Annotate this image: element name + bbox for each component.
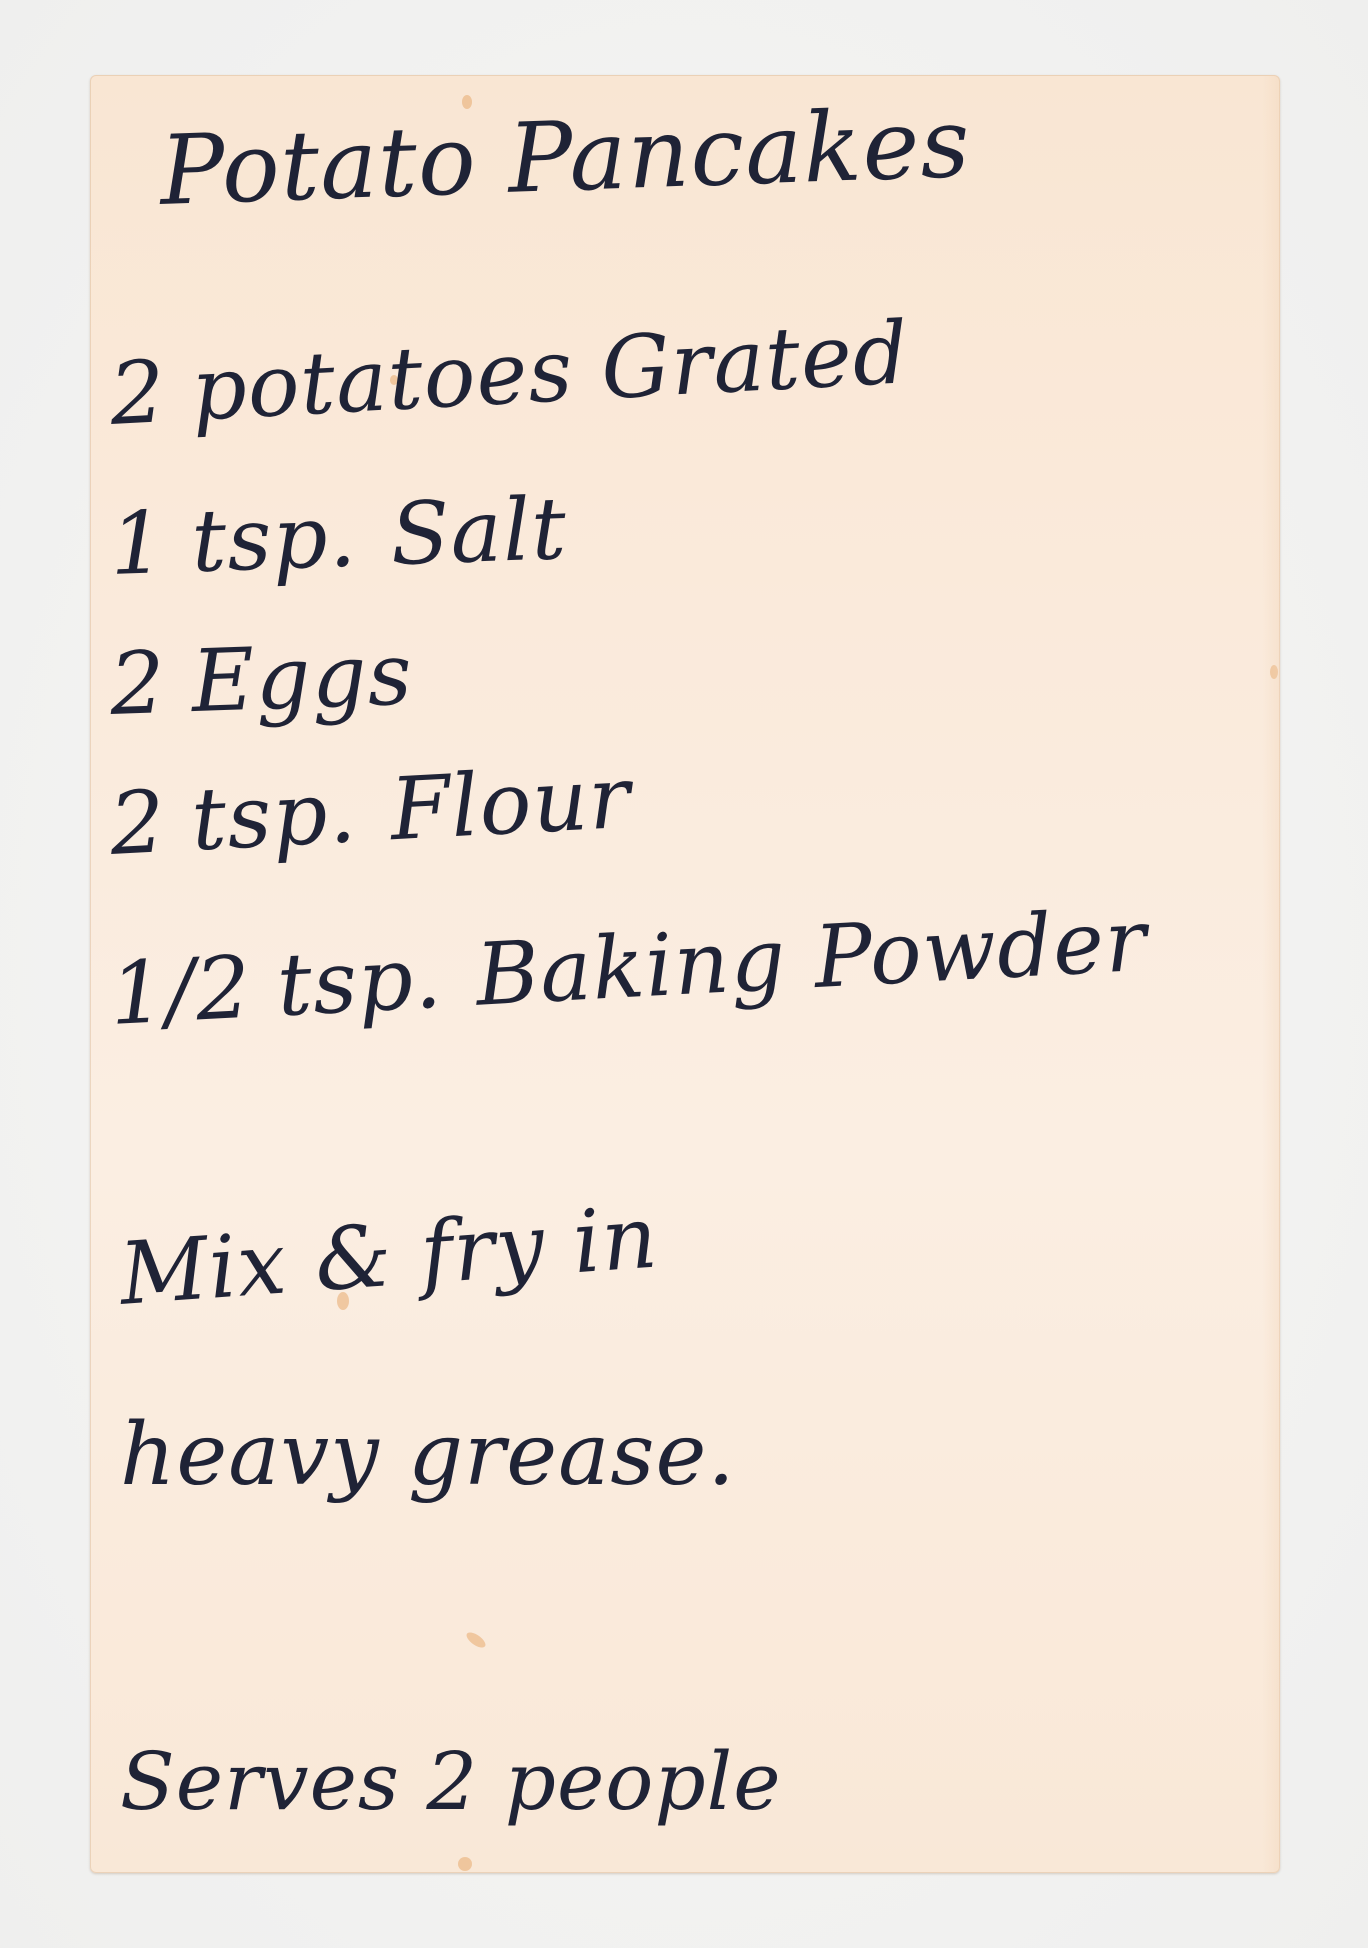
ingredient-line: 2Eggs (108, 624, 414, 735)
ingredient-qty: 2 (108, 633, 167, 735)
instruction-line: Mix & fry in (117, 1188, 662, 1325)
stain-spot (1270, 665, 1278, 679)
serves-line: Serves 2 people (120, 1735, 782, 1828)
ingredient-qty: 1 (108, 493, 167, 595)
recipe-title: Potato Pancakes (158, 87, 972, 227)
ingredient-line: 2tsp.Flour (107, 748, 633, 875)
instruction-line: heavy grease. (120, 1405, 736, 1505)
ingredient-qty: 2 (107, 772, 168, 875)
stain-spot (458, 1857, 472, 1871)
ingredient-unit: tsp. (275, 928, 445, 1037)
ingredient-item: potatoes Grated (189, 303, 911, 440)
ingredient-line: 2potatoes Grated (107, 303, 911, 445)
ingredient-unit: tsp. (190, 486, 358, 592)
ingredient-line: 1/2tsp.Baking Powder (107, 891, 1149, 1045)
recipe-card: Potato Pancakes 2potatoes Grated 1tsp.Sa… (90, 75, 1280, 1873)
stain-spot (464, 1630, 488, 1651)
ingredient-item: Baking Powder (473, 891, 1149, 1026)
ingredient-item: Flour (388, 748, 633, 860)
ingredient-item: Eggs (190, 624, 414, 732)
ingredient-item: Salt (389, 479, 569, 585)
ingredient-line: 1tsp.Salt (108, 479, 568, 595)
ingredient-unit: tsp. (189, 762, 359, 871)
ingredient-qty: 1/2 (107, 938, 253, 1045)
ingredient-qty: 2 (107, 342, 168, 445)
